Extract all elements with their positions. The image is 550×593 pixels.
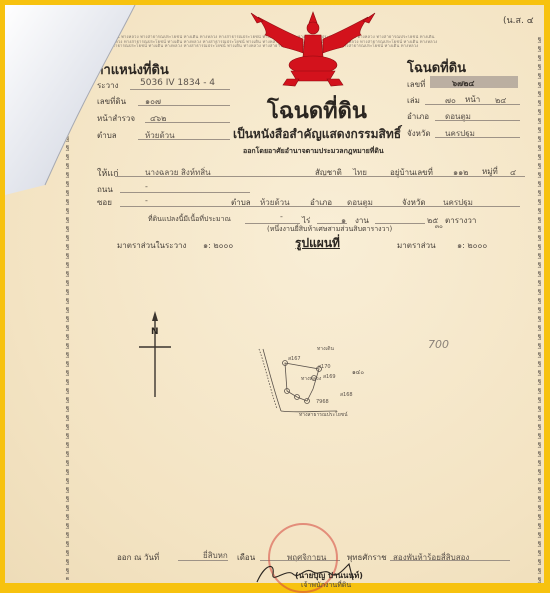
district-label: อำเภอ [407, 110, 429, 123]
house-no-label: อยู่บ้านเลขที่ [390, 166, 433, 179]
north-arrow-icon [135, 309, 175, 399]
area-wa-label: ตารางวา [445, 214, 476, 227]
province-value: นครปฐม [445, 127, 475, 140]
tambon-header-value: ห้วยด้วน [145, 129, 175, 142]
page-curl [5, 5, 145, 195]
map-marker-4: ส168 [340, 391, 353, 399]
garuda-emblem-icon [243, 9, 383, 89]
scale-right-value: ๑: ๒๐๐๐ [457, 239, 487, 252]
area-label: ที่ดินแปลงนี้มีเนื้อที่ประมาณ [148, 214, 231, 225]
nationality-value: ไทย [353, 166, 367, 179]
tambon-label: ตำบล [231, 196, 251, 209]
scale-right-label: มาตราส่วน [397, 239, 436, 252]
map-label-3: ๑๔๐ [352, 367, 364, 377]
survey-page-value: ๔๖๒ [150, 112, 166, 125]
volume-value: ๗๐ [445, 94, 456, 107]
district-value: ดอนตูม [445, 110, 471, 123]
subtitle-authority: ออกโดยอาศัยอำนาจตามประมวลกฎหมายที่ดิน [243, 146, 384, 157]
volume-label: เล่ม [407, 94, 420, 107]
soi-value: - [145, 196, 148, 205]
amphoe-province-label: จังหวัด [402, 196, 426, 209]
owner-name: นางฉลวย สิงห์ทสิ่น [145, 166, 211, 179]
scale-left-label: มาตราส่วนในระวาง [117, 239, 186, 252]
amphoe-province-value: นครปฐม [443, 196, 473, 209]
map-label-2: ทางหลวง [301, 375, 321, 383]
soi-label: ซอย [97, 196, 112, 209]
province-label: จังหวัด [407, 127, 431, 140]
amphoe-label: อำเภอ [310, 196, 332, 209]
map-label-4: ทางสาธารณประโยชน์ [299, 411, 348, 419]
issue-date-label: ออก ณ วันที่ [117, 551, 159, 564]
deed-number-value: ๖๗๒๔ [452, 77, 474, 90]
parcel-no-value: ๑๐๗ [145, 95, 161, 108]
house-no-value: ๑๑๒ [453, 166, 468, 179]
scale-left-value: ๑: ๒๐๐๐ [203, 239, 233, 252]
form-code: (น.ส. ๔ [503, 13, 534, 27]
road-value: - [145, 182, 148, 191]
signatory-title: เจ้าพนักงานที่ดิน [301, 580, 351, 591]
issue-year-value: สองพันห้าร้อยสี่สิบสอง [393, 551, 469, 564]
deed-number-label: เลขที่ [407, 78, 425, 91]
security-pattern-right: ฐฐฐฐฐฐฐฐฐฐฐฐฐฐฐฐฐฐฐฐฐฐฐฐฐฐฐฐฐฐฐฐฐฐฐฐฐฐฐฐ… [534, 35, 544, 583]
area-note-suffix: ๓๐ [435, 221, 443, 231]
north-label: N [151, 327, 159, 337]
nationality-label: สัญชาติ [315, 166, 342, 179]
map-marker-3: ส169 [323, 373, 336, 381]
map-sheet-value: 5036 IV 1834 - 4 [140, 78, 215, 88]
area-rai-value: - [280, 212, 283, 221]
map-marker-2: ส170 [318, 363, 331, 371]
map-annotation: 700 [428, 338, 449, 351]
subtitle: เป็นหนังสือสำคัญแสดงกรรมสิทธิ์ [233, 125, 401, 144]
main-title: โฉนดที่ดิน [267, 93, 367, 128]
map-marker-1: ส167 [288, 355, 301, 363]
moo-value: ๔ [510, 166, 516, 179]
map-label-1: ทางเดิน [317, 345, 334, 353]
map-title: รูปแผนที่ [295, 234, 340, 253]
page-value: ๒๔ [495, 94, 506, 107]
tambon-value: ห้วยด้วน [260, 196, 290, 209]
deed-heading-right: โฉนดที่ดิน [407, 57, 466, 78]
amphoe-value: ดอนตูม [347, 196, 373, 209]
map-marker-5: 7968 [316, 399, 329, 405]
